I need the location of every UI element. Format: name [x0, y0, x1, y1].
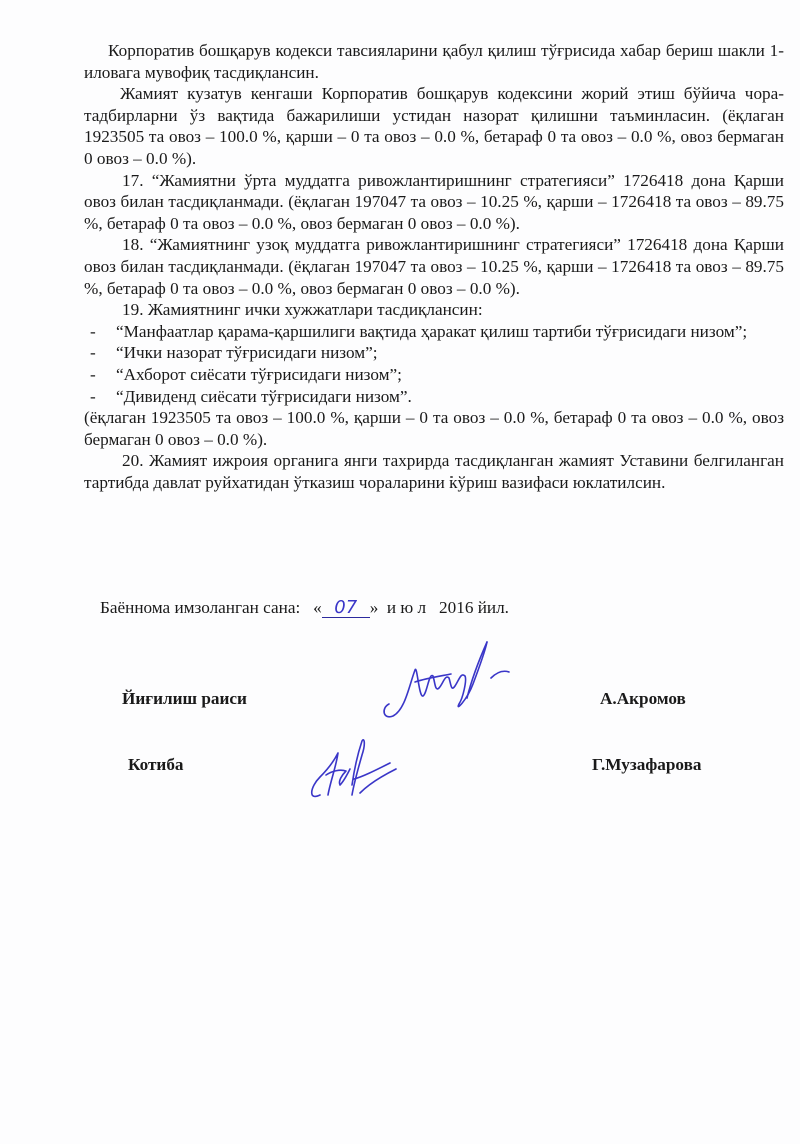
bullet-item: - “Ахборот сиёсати тўғрисидаги низом”; [84, 364, 784, 386]
handwritten-day: 07 [322, 599, 370, 618]
paragraph-vote-19: (ёқлаган 1923505 та овоз – 100.0 %, қарш… [84, 407, 784, 450]
bullet-item: - “Манфаатлар қарама-қаршилиги вақтида ҳ… [84, 321, 784, 343]
paragraph-item-17: 17. “Жамиятни ўрта муддатга ривожлантири… [84, 170, 784, 235]
date-year: 2016 йил. [439, 598, 509, 617]
date-label: Баённома имзоланган сана: [100, 598, 300, 617]
bullet-text: “Дивиденд сиёсати тўғрисидаги низом”. [116, 386, 784, 408]
secretary-name: Г.Музафарова [592, 755, 701, 775]
close-quote: » [370, 598, 379, 617]
bullet-dash: - [84, 386, 116, 408]
bullet-text: “Ахборот сиёсати тўғрисидаги низом”; [116, 364, 784, 386]
paragraph-item-19: 19. Жамиятнинг ички хужжатлари тасдиқлан… [84, 299, 784, 321]
document-page: Корпоратив бошқарув кодекси тавсияларини… [0, 0, 800, 1144]
signing-date-line: Баённома имзоланган сана: «07» и ю л 201… [100, 598, 509, 618]
paragraph-item-18: 18. “Жамиятнинг узоқ муддатга ривожланти… [84, 234, 784, 299]
secretary-role: Котиба [128, 755, 184, 775]
secretary-signature-icon [300, 735, 405, 805]
bullet-dash: - [84, 342, 116, 364]
date-month: и ю л [387, 598, 426, 617]
chair-role: Йиғилиш раиси [122, 689, 247, 709]
bullet-dash: - [84, 321, 116, 343]
chair-name: А.Акромов [600, 689, 686, 709]
bullet-text: “Манфаатлар қарама-қаршилиги вақтида ҳар… [116, 321, 784, 343]
paragraph-supervisory-board: Жамият кузатув кенгаши Корпоратив бошқар… [84, 83, 784, 169]
bullet-item: - “Ички назорат тўғрисидаги низом”; [84, 342, 784, 364]
scan-speck [450, 476, 453, 478]
chair-signature-icon [375, 638, 510, 723]
paragraph-item-20: 20. Жамият ижроия органига янги тахрирда… [84, 450, 784, 493]
bullet-dash: - [84, 364, 116, 386]
bullet-item: - “Дивиденд сиёсати тўғрисидаги низом”. [84, 386, 784, 408]
paragraph-code-recommendations: Корпоратив бошқарув кодекси тавсияларини… [84, 40, 784, 83]
document-body: Корпоратив бошқарув кодекси тавсияларини… [84, 40, 784, 493]
bullet-text: “Ички назорат тўғрисидаги низом”; [116, 342, 784, 364]
open-quote: « [313, 598, 322, 617]
